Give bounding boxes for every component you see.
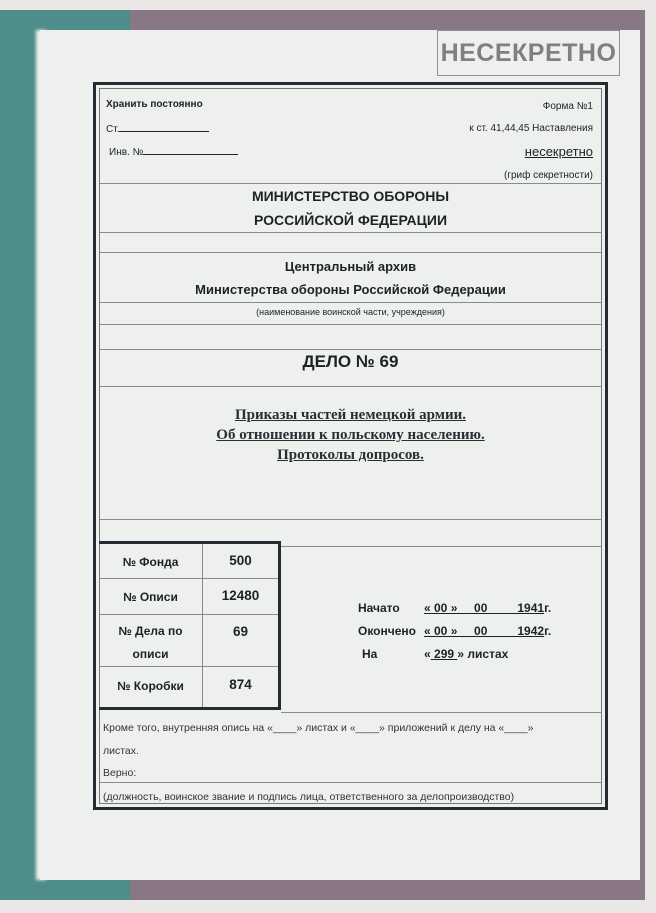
opis-value: 12480 bbox=[203, 588, 278, 603]
inv-label: Инв. № bbox=[109, 147, 143, 158]
ministry-line-2: РОССИЙСКОЙ ФЕДЕРАЦИИ bbox=[100, 212, 601, 228]
divider bbox=[100, 782, 601, 783]
ended-label: Окончено bbox=[358, 624, 416, 638]
ended-suffix: г. bbox=[544, 624, 551, 638]
started-label: Начато bbox=[358, 601, 400, 615]
st-blank bbox=[119, 121, 209, 132]
verified-label: Верно: bbox=[103, 767, 136, 779]
case-title: ДЕЛО № 69 bbox=[100, 352, 601, 372]
started-value: « 00 » 00 1941 bbox=[424, 601, 544, 615]
opis-label: № Описи bbox=[99, 590, 202, 604]
classification-stamp: НЕСЕКРЕТНО bbox=[437, 30, 620, 76]
divider bbox=[100, 349, 601, 350]
archive-line-1: Центральный архив bbox=[100, 259, 601, 274]
inv-blank bbox=[143, 144, 238, 155]
sheets-value: 299 bbox=[431, 647, 458, 661]
delo-value: 69 bbox=[203, 624, 278, 639]
started-date: « 00 » 00 1941г. bbox=[424, 601, 551, 615]
form-inner-border: Хранить постоянно Ст. Инв. № Форма №1 к … bbox=[99, 88, 602, 804]
case-cover-form: Хранить постоянно Ст. Инв. № Форма №1 к … bbox=[93, 82, 608, 810]
signature-caption: (должность, воинское звание и подпись ли… bbox=[103, 791, 514, 803]
divider bbox=[100, 302, 601, 303]
inventory-note: Кроме того, внутренняя опись на «____» л… bbox=[103, 722, 533, 734]
form-number: Форма №1 bbox=[543, 101, 593, 112]
sheets-count: « 299 » листах bbox=[424, 647, 508, 661]
classification-caption: (гриф секретности) bbox=[504, 170, 593, 181]
divider bbox=[100, 386, 601, 387]
case-description-line-2: Об отношении к польскому населению. bbox=[100, 427, 601, 444]
divider bbox=[100, 252, 601, 253]
box-label: № Коробки bbox=[99, 679, 202, 693]
row-divider bbox=[99, 614, 278, 615]
divider bbox=[100, 232, 601, 233]
inv-field: Инв. № bbox=[109, 144, 238, 158]
ended-date: « 00 » 00 1942г. bbox=[424, 624, 551, 638]
divider bbox=[100, 519, 601, 520]
sheets-label: На bbox=[362, 647, 377, 661]
archive-line-2: Министерства обороны Российской Федераци… bbox=[100, 282, 601, 297]
started-suffix: г. bbox=[544, 601, 551, 615]
ended-value: « 00 » 00 1942 bbox=[424, 624, 544, 638]
case-description-line-1: Приказы частей немецкой армии. bbox=[100, 407, 601, 424]
case-description-line-3: Протоколы допросов. bbox=[100, 447, 601, 464]
divider bbox=[100, 183, 601, 184]
divider bbox=[281, 712, 601, 713]
sheets-open-quote: « bbox=[424, 647, 431, 661]
st-field: Ст. bbox=[106, 121, 209, 135]
classification-value: несекретно bbox=[525, 144, 593, 159]
form-reference: к ст. 41,44,45 Наставления bbox=[469, 123, 593, 134]
archive-caption: (наименование воинской части, учреждения… bbox=[100, 307, 601, 317]
ministry-line-1: МИНИСТЕРСТВО ОБОРОНЫ bbox=[100, 188, 601, 204]
delo-label-line-2: описи bbox=[99, 647, 202, 661]
row-divider bbox=[99, 578, 278, 579]
inventory-note-continued: листах. bbox=[103, 745, 139, 757]
storage-term: Хранить постоянно bbox=[106, 99, 203, 110]
box-value: 874 bbox=[203, 677, 278, 692]
archive-identifiers-table: № Фонда 500 № Описи 12480 № Дела по опис… bbox=[99, 541, 281, 710]
fond-value: 500 bbox=[203, 553, 278, 568]
delo-label-line-1: № Дела по bbox=[99, 624, 202, 638]
sheets-close: » листах bbox=[457, 647, 508, 661]
row-divider bbox=[99, 666, 278, 667]
stamp-text: НЕСЕКРЕТНО bbox=[441, 39, 617, 68]
divider bbox=[100, 324, 601, 325]
st-label: Ст. bbox=[106, 124, 119, 135]
divider bbox=[281, 546, 601, 547]
fond-label: № Фонда bbox=[99, 555, 202, 569]
